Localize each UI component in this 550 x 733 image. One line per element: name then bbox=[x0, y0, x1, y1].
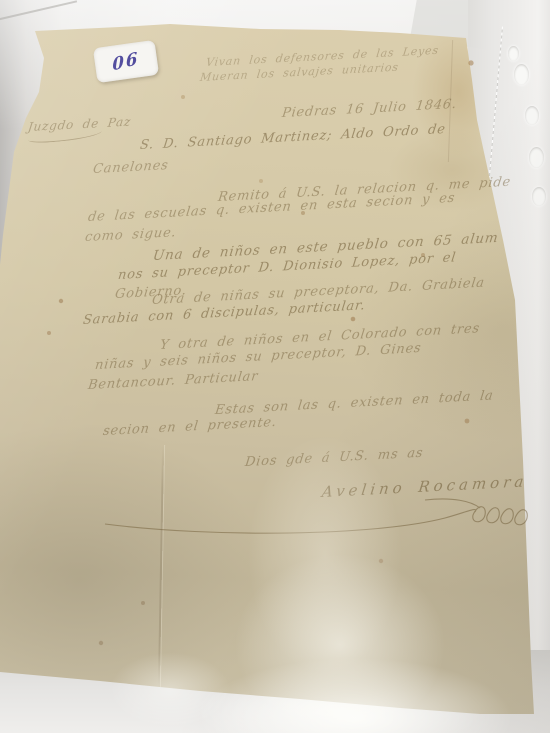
binder-hole-icon bbox=[508, 46, 519, 61]
signature-rubric-flourish bbox=[95, 488, 550, 540]
binder-hole-icon bbox=[529, 147, 544, 168]
binder-hole-icon bbox=[525, 106, 539, 125]
photo-of-letter-in-sleeve: 06 Vivan los defensores de las Leyes Mue… bbox=[0, 0, 550, 733]
letter-paper bbox=[0, 0, 550, 733]
foxing-spots bbox=[0, 0, 2, 2]
sticker-number: 06 bbox=[112, 48, 140, 75]
binder-hole-icon bbox=[514, 64, 529, 85]
binder-hole-icon bbox=[532, 187, 546, 206]
